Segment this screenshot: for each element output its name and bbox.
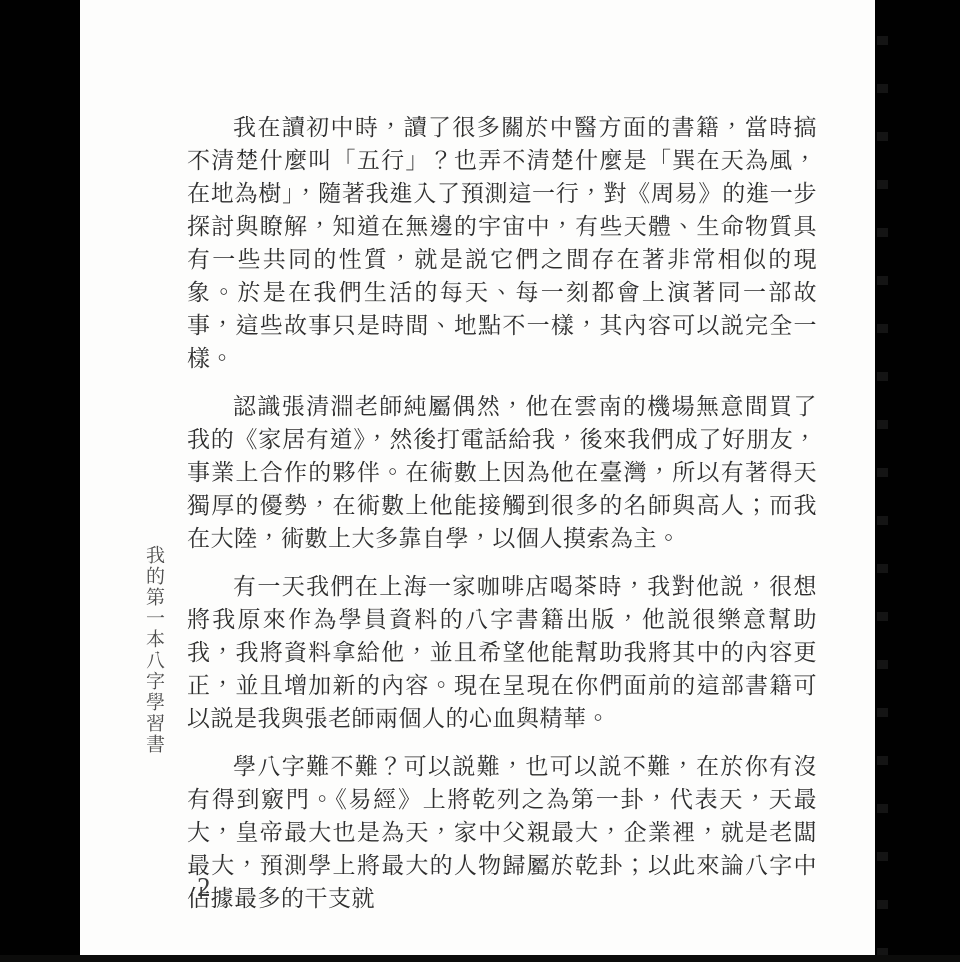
- body-paragraph: 我在讀初中時，讀了很多關於中醫方面的書籍，當時搞不清楚什麼叫「五行」？也弄不清楚…: [187, 111, 817, 375]
- body-paragraph: 有一天我們在上海一家咖啡店喝茶時，我對他説，很想將我原來作為學員資料的八字書籍出…: [187, 570, 817, 735]
- spine-title: 我的第一本八字學習書: [140, 545, 167, 775]
- scanned-book-page: 我在讀初中時，讀了很多關於中醫方面的書籍，當時搞不清楚什麼叫「五行」？也弄不清楚…: [0, 0, 960, 962]
- body-paragraph: 認識張清淵老師純屬偶然，他在雲南的機場無意間買了我的《家居有道》，然後打電話給我…: [187, 390, 817, 555]
- right-scan-bar: [875, 0, 960, 962]
- film-sprocket-marks: [877, 36, 888, 956]
- body-paragraph: 學八字難不難？可以説難，也可以説不難，在於你有沒有得到竅門。《易經》上將乾列之為…: [187, 750, 817, 915]
- body-text: 我在讀初中時，讀了很多關於中醫方面的書籍，當時搞不清楚什麼叫「五行」？也弄不清楚…: [187, 111, 817, 930]
- page-number: 2: [197, 872, 211, 903]
- bottom-scan-edge: [0, 955, 960, 962]
- left-scan-bar: [0, 0, 80, 962]
